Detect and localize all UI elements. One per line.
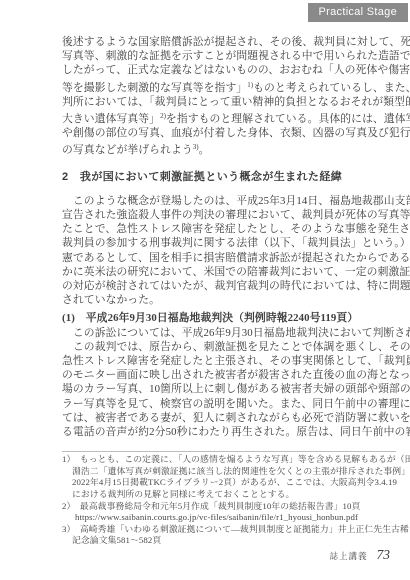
line-text: 。	[199, 144, 210, 156]
paragraph-line: したがって、正式な定義などはないものの、おおむね「人の死体や傷害部位	[62, 63, 396, 77]
footnote-3: 3） 高崎秀雄「いわゆる刺激証拠について―裁判員制度と証拠能力」井上正仁先生古稀…	[62, 524, 396, 547]
line-text: 大きい遺体写真等」	[62, 113, 160, 125]
footnote-line: 2） 最高裁事務総局令和元年5月作成「裁判員制度10年の総括報告書」10頁	[62, 501, 396, 513]
footnote-url: https://www.saibanin.courts.go.jp/vc-fil…	[62, 512, 396, 524]
page-footer: 誌上講義73	[329, 546, 390, 564]
paragraph-line: 宣告された強盗殺人事件の判決の審理において、裁判員が死体の写真等を見	[62, 208, 396, 222]
paragraph-line: 後述するような国家賠償訴訟が提起され、その後、裁判員に対して、死体の	[62, 35, 396, 49]
case-subheading-1: (1) 平成26年9月30日福島地裁判決（判例時報2240号119頁）	[62, 311, 396, 325]
paragraph-line: 写真等、刺激的な証拠を示すことが問題視される中で用いられた造語である。	[62, 49, 396, 63]
paragraph-3: この訴訟については、平成26年9月30日福島地裁判決において判断された。 この裁…	[62, 326, 396, 440]
page-content: 後述するような国家賠償訴訟が提起され、その後、裁判員に対して、死体の 写真等、刺…	[62, 35, 396, 547]
paragraph-line: る電話の音声が約2分50秒にわたり再生された。原告は、同日午前中の審理	[62, 425, 396, 439]
paragraph-line: この裁判では、原告から、刺激証拠を見たことで体調を悪くし、その後、	[62, 340, 396, 354]
footnotes: 1） もっとも、この定義に、「人の感情を煽るような写真」等を含める見解もあるが（…	[62, 454, 396, 547]
practical-stage-badge: Practical Stage	[308, 3, 408, 22]
paragraph-line: かに英米法の研究において、米国での陪審裁判において、一定の刺激証拠へ	[62, 265, 396, 279]
paragraph-line: の対応が検討されてはいたが、裁判官裁判の時代においては、特に問題とは	[62, 279, 396, 293]
paragraph-line: 大きい遺体写真等」2)を指すものと理解されている。具体的には、遺体写真	[62, 109, 396, 126]
paragraph-line: 判所においては、「裁判員にとって重い精神的負担となるおそれが類型的に	[62, 95, 396, 109]
paragraph-1: 後述するような国家賠償訴訟が提起され、その後、裁判員に対して、死体の 写真等、刺…	[62, 35, 396, 158]
paragraph-line: 憲であるとして、国を相手に損害賠償請求訴訟が提起されたからである。確	[62, 251, 396, 265]
paragraph-line: の写真などが挙げられよう3)。	[62, 140, 396, 157]
footnote-2: 2） 最高裁事務総局令和元年5月作成「裁判員制度10年の総括報告書」10頁 ht…	[62, 501, 396, 524]
paragraph-line: 裁判員の参加する刑事裁判に関する法律（以下、「裁判員法」という。）が違	[62, 236, 396, 250]
paragraph-line: のモニター画面に映し出された被害者が殺害された直後の血の海となった現	[62, 368, 396, 382]
footnote-line: における裁判所の見解と同様に考えておくこととする。	[62, 489, 396, 501]
footnote-1: 1） もっとも、この定義に、「人の感情を煽るような写真」等を含める見解もあるが（…	[62, 454, 396, 500]
section-heading-2: 2 我が国において刺激証拠という概念が生まれた経緯	[62, 170, 396, 184]
paragraph-line: ラー写真等を見て、検察官の説明を聞いた。また、同日午前中の審理におい	[62, 397, 396, 411]
paragraph-line: 等を撮影した刺激的な写真等を指す」1)ものと考えられているし、また、裁	[62, 78, 396, 95]
line-text: の写真などが挙げられよう	[62, 144, 193, 156]
line-text: を指すものと理解されている。具体的には、遺体写真	[166, 113, 410, 125]
footnote-line: 3） 高崎秀雄「いわゆる刺激証拠について―裁判員制度と証拠能力」井上正仁先生古稀	[62, 524, 396, 536]
paragraph-2: このような概念が登場したのは、平成25年3月14日、福島地裁郡山支部で 宣告され…	[62, 194, 396, 308]
footnote-line: 淵浩二「遺体写真が刺激証拠に該当し法的関連性を欠くとの主張が排斥された事例」	[62, 466, 396, 478]
paragraph-line: されていなかった。	[62, 293, 396, 307]
footer-section-label: 誌上講義	[329, 551, 367, 561]
line-text: ものと考えられているし、また、裁	[253, 82, 410, 94]
paragraph-line: このような概念が登場したのは、平成25年3月14日、福島地裁郡山支部で	[62, 194, 396, 208]
footnote-line: 1） もっとも、この定義に、「人の感情を煽るような写真」等を含める見解もあるが（…	[62, 454, 396, 466]
paragraph-line: この訴訟については、平成26年9月30日福島地裁判決において判断された。	[62, 326, 396, 340]
paragraph-line: ては、被害者である妻が、犯人に刺されながらも必死で消防署に救いを求め	[62, 411, 396, 425]
paragraph-line: や創傷の部位の写真、血痕が付着した身体、衣類、凶器の写真及び犯行現場	[62, 126, 396, 140]
footnote-divider	[62, 451, 396, 452]
paragraph-line: 場のカラー写真、10箇所以上に刺し傷がある被害者夫婦の頭部や頸部のカ	[62, 382, 396, 396]
line-text: 等を撮影した刺激的な写真等を指す」	[62, 82, 247, 94]
paragraph-line: 急性ストレス障害を発症したと主張され、その事実関係として、「裁判員用	[62, 354, 396, 368]
page-number: 73	[377, 547, 391, 562]
paragraph-line: たことで、急性ストレス障害を発症したとし、そのような事態を発生させた	[62, 222, 396, 236]
footnote-line: 2022年4月15日掲載TKCライブラリー2頁）があるが、ここでは、大阪高判令3…	[62, 477, 396, 489]
document-page: Practical Stage 後述するような国家賠償訴訟が提起され、その後、裁…	[0, 0, 410, 580]
